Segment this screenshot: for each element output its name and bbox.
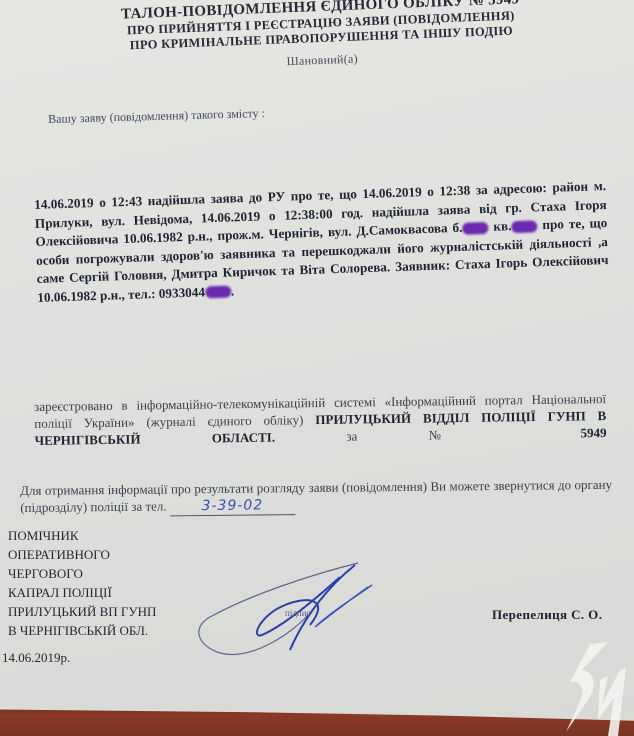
registration-number: 5949 (580, 425, 606, 440)
signatory-line: ЧЕРГОВОГО (8, 564, 156, 583)
document-date: 14.06.2019р. (2, 650, 70, 666)
signatory-line: ОПЕРАТИВНОГО (8, 545, 156, 564)
registration-text-2: за № (275, 425, 581, 444)
phone-number: 3-39-02 (170, 497, 295, 516)
signatory-line: КАПРАЛ ПОЛІЦІЇ (8, 583, 156, 602)
statement-part-4: . (231, 283, 235, 298)
redaction-mark (205, 286, 231, 299)
redaction-mark (511, 220, 537, 233)
redaction-mark (462, 222, 488, 235)
info-sentence: Для отримання інформації про результати … (20, 477, 612, 515)
signatory-line: В ЧЕРНІГІВСЬКІЙ ОБЛ. (8, 621, 156, 640)
signatory-position: ПОМІЧНИК ОПЕРАТИВНОГО ЧЕРГОВОГО КАПРАЛ П… (8, 526, 156, 640)
signatory-line: ПОМІЧНИК (8, 526, 156, 545)
signature-label: підпис (285, 608, 311, 618)
signatory-line: ПРИЛУЦЬКИЙ ВП ГУНП (8, 602, 156, 621)
su-logo-icon (560, 640, 630, 736)
statement-part-2: кв. (488, 218, 512, 234)
statement-text: 14.06.2019 о 12:43 надійшла заява до РУ … (34, 177, 609, 307)
signatory-name: Перепелиця С. О. (492, 607, 602, 623)
info-text: Для отримання інформації про результати … (20, 476, 612, 518)
registration-text: зареєстровано в інформаційно-телекомунік… (34, 390, 607, 449)
